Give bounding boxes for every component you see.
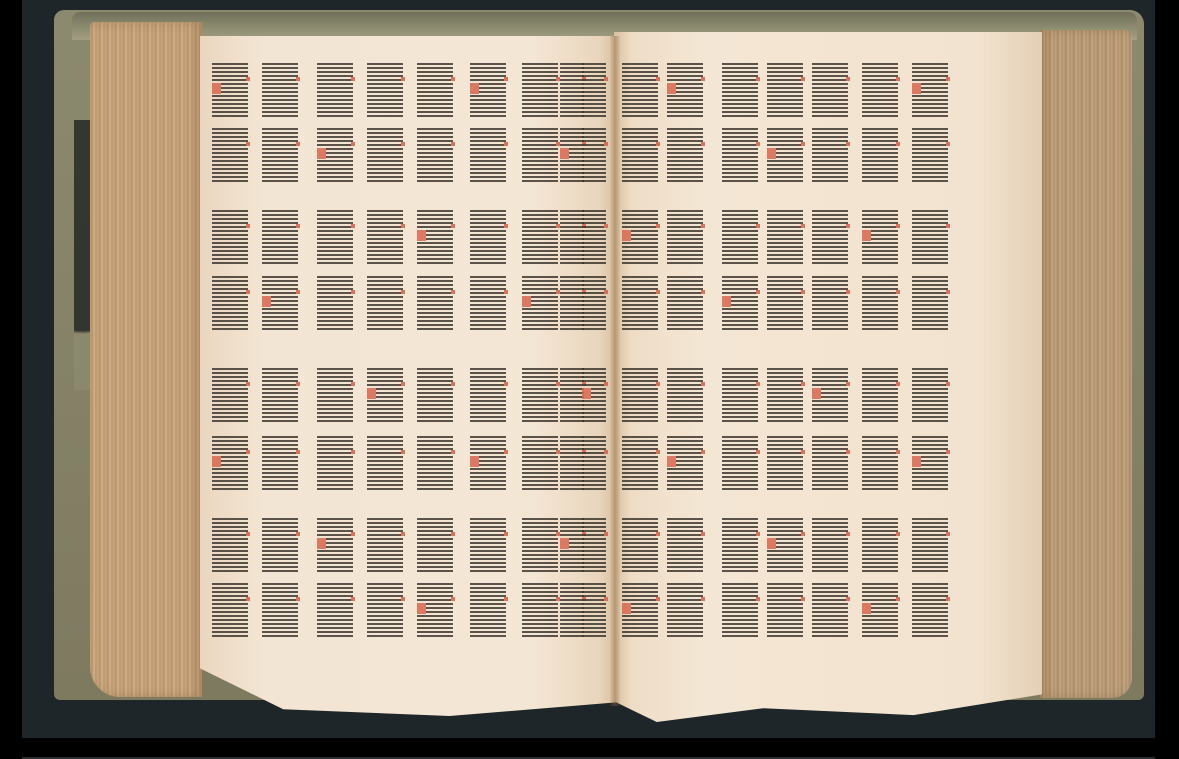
text-block <box>262 436 298 492</box>
text-block <box>560 583 584 639</box>
book-photograph <box>22 0 1155 738</box>
text-block <box>560 210 584 266</box>
text-block <box>212 436 248 492</box>
text-block <box>862 128 898 184</box>
text-block <box>367 210 403 266</box>
text-block <box>212 63 248 119</box>
text-block <box>862 583 898 639</box>
text-block <box>367 436 403 492</box>
text-block <box>722 63 758 119</box>
text-block <box>417 210 453 266</box>
text-block <box>212 368 248 424</box>
text-block <box>862 210 898 266</box>
text-block <box>417 63 453 119</box>
text-block <box>560 518 584 574</box>
text-block <box>560 128 584 184</box>
text-block <box>582 276 606 332</box>
text-block <box>912 518 948 574</box>
text-block <box>667 63 703 119</box>
right-fore-edge <box>1040 30 1132 698</box>
text-block <box>367 128 403 184</box>
text-block <box>560 368 584 424</box>
text-block <box>812 583 848 639</box>
text-block <box>417 276 453 332</box>
text-block <box>622 128 658 184</box>
text-block <box>317 583 353 639</box>
text-block <box>912 210 948 266</box>
text-block <box>522 583 558 639</box>
text-block <box>522 276 558 332</box>
text-block <box>582 518 606 574</box>
text-block <box>262 368 298 424</box>
text-block <box>622 368 658 424</box>
text-block <box>722 436 758 492</box>
text-block <box>212 518 248 574</box>
text-block <box>560 436 584 492</box>
text-block <box>367 583 403 639</box>
text-block <box>912 436 948 492</box>
text-block <box>317 63 353 119</box>
text-block <box>812 368 848 424</box>
text-block <box>912 583 948 639</box>
text-block <box>667 368 703 424</box>
text-block <box>722 210 758 266</box>
text-block <box>367 276 403 332</box>
text-block <box>667 210 703 266</box>
text-block <box>417 128 453 184</box>
text-block <box>862 276 898 332</box>
text-block <box>862 436 898 492</box>
text-block <box>912 63 948 119</box>
text-block <box>722 368 758 424</box>
text-block <box>470 128 506 184</box>
text-block <box>622 210 658 266</box>
text-block <box>470 583 506 639</box>
cover-stain <box>74 120 90 390</box>
text-block <box>470 276 506 332</box>
text-block <box>470 368 506 424</box>
book-gutter <box>610 36 620 706</box>
text-block <box>262 128 298 184</box>
text-block <box>622 63 658 119</box>
text-block <box>417 518 453 574</box>
text-block <box>417 436 453 492</box>
text-block <box>417 583 453 639</box>
text-block <box>767 276 803 332</box>
text-block <box>522 128 558 184</box>
text-block <box>862 518 898 574</box>
text-block <box>522 63 558 119</box>
text-block <box>912 368 948 424</box>
text-block <box>212 583 248 639</box>
text-block <box>862 63 898 119</box>
text-block <box>262 276 298 332</box>
text-block <box>582 63 606 119</box>
text-block <box>767 128 803 184</box>
text-block <box>262 63 298 119</box>
left-fore-edge <box>90 22 202 697</box>
text-block <box>470 518 506 574</box>
text-block <box>767 583 803 639</box>
text-block <box>582 368 606 424</box>
text-block <box>317 436 353 492</box>
text-block <box>317 128 353 184</box>
text-block <box>812 128 848 184</box>
text-block <box>812 276 848 332</box>
text-block <box>367 518 403 574</box>
text-block <box>622 583 658 639</box>
text-block <box>262 210 298 266</box>
text-block <box>812 518 848 574</box>
text-block <box>470 210 506 266</box>
text-block <box>767 368 803 424</box>
text-block <box>262 583 298 639</box>
text-block <box>722 518 758 574</box>
text-block <box>622 436 658 492</box>
text-block <box>667 128 703 184</box>
text-block <box>862 368 898 424</box>
text-block <box>522 436 558 492</box>
text-block <box>317 368 353 424</box>
text-block <box>470 63 506 119</box>
text-block <box>622 518 658 574</box>
text-block <box>417 368 453 424</box>
text-block <box>262 518 298 574</box>
text-block <box>912 128 948 184</box>
text-block <box>522 518 558 574</box>
text-block <box>560 276 584 332</box>
text-block <box>317 276 353 332</box>
text-block <box>812 63 848 119</box>
text-block <box>367 368 403 424</box>
text-block <box>367 63 403 119</box>
text-block <box>667 436 703 492</box>
text-block <box>560 63 584 119</box>
text-block <box>522 210 558 266</box>
text-block <box>212 210 248 266</box>
text-block <box>582 210 606 266</box>
text-block <box>722 128 758 184</box>
text-block <box>722 276 758 332</box>
text-block <box>667 518 703 574</box>
text-block <box>212 128 248 184</box>
text-block <box>722 583 758 639</box>
text-block <box>812 436 848 492</box>
text-block <box>767 210 803 266</box>
text-block <box>582 128 606 184</box>
text-block <box>667 276 703 332</box>
text-block <box>212 276 248 332</box>
text-block <box>667 583 703 639</box>
text-block <box>912 276 948 332</box>
text-block <box>522 368 558 424</box>
text-block <box>622 276 658 332</box>
text-block <box>582 583 606 639</box>
text-block <box>812 210 848 266</box>
text-block <box>317 210 353 266</box>
text-block <box>767 63 803 119</box>
text-block <box>317 518 353 574</box>
text-block <box>767 518 803 574</box>
text-block <box>767 436 803 492</box>
text-block <box>470 436 506 492</box>
text-block <box>582 436 606 492</box>
